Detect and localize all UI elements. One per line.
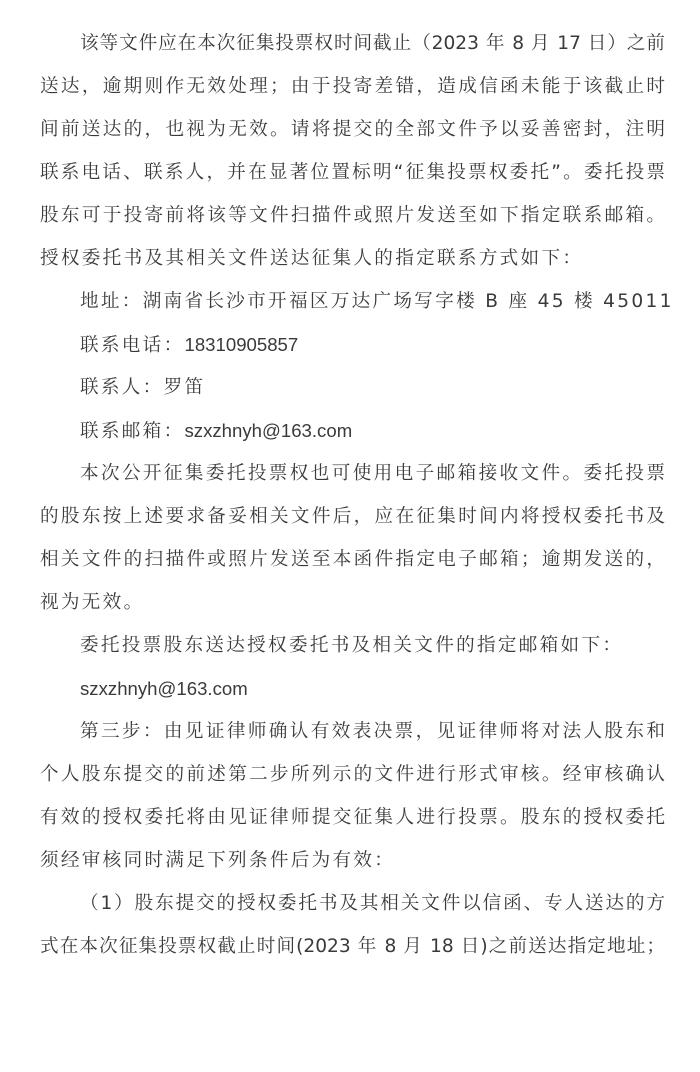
condition-item-1: （1）股东提交的授权委托书及其相关文件以信函、专人送达的方 (40, 882, 665, 925)
contact-address: 地址：湖南省长沙市开福区万达广场写字楼 B 座 45 楼 45011 (40, 280, 665, 323)
person-label: 联系人： (80, 377, 164, 398)
document-page: 该等文件应在本次征集投票权时间截止（2023 年 8 月 17 日）之前 送达，… (40, 22, 665, 968)
phone-value: 18310905857 (184, 334, 298, 355)
designated-email: szxzhnyh@163.com (40, 667, 665, 710)
paragraph-line: 委托投票股东送达授权委托书及相关文件的指定邮箱如下： (40, 624, 665, 667)
paragraph-line: 送达，逾期则作无效处理；由于投寄差错，造成信函未能于该截止时 (40, 65, 665, 108)
email-label: 联系邮箱： (80, 421, 184, 442)
paragraph-line: 联系电话、联系人，并在显著位置标明“征集投票权委托”。委托投票 (40, 151, 665, 194)
paragraph-line: 第三步：由见证律师确认有效表决票，见证律师将对法人股东和 (40, 710, 665, 753)
contact-phone: 联系电话：18310905857 (40, 323, 665, 366)
email-value: szxzhnyh@163.com (184, 420, 352, 441)
phone-label: 联系电话： (80, 335, 184, 356)
paragraph-line: 本次公开征集委托投票权也可使用电子邮箱接收文件。委托投票 (40, 452, 665, 495)
contact-person: 联系人：罗笛 (40, 366, 665, 409)
paragraph-line: 式在本次征集投票权截止时间(2023 年 8 月 18 日)之前送达指定地址； (40, 925, 665, 968)
paragraph-line: 有效的授权委托将由见证律师提交征集人进行投票。股东的授权委托 (40, 796, 665, 839)
contact-email: 联系邮箱：szxzhnyh@163.com (40, 409, 665, 452)
paragraph-line: 授权委托书及其相关文件送达征集人的指定联系方式如下： (40, 237, 665, 280)
paragraph-line: 的股东按上述要求备妥相关文件后，应在征集时间内将授权委托书及 (40, 495, 665, 538)
paragraph-line: 股东可于投寄前将该等文件扫描件或照片发送至如下指定联系邮箱。 (40, 194, 665, 237)
address-label: 地址： (80, 291, 143, 312)
paragraph-line: 视为无效。 (40, 581, 665, 624)
paragraph-line: 间前送达的，也视为无效。请将提交的全部文件予以妥善密封，注明 (40, 108, 665, 151)
person-value: 罗笛 (164, 377, 206, 398)
paragraph-line: 须经审核同时满足下列条件后为有效： (40, 839, 665, 882)
paragraph-line: 相关文件的扫描件或照片发送至本函件指定电子邮箱；逾期发送的， (40, 538, 665, 581)
paragraph-line: 该等文件应在本次征集投票权时间截止（2023 年 8 月 17 日）之前 (40, 22, 665, 65)
address-value: 湖南省长沙市开福区万达广场写字楼 B 座 45 楼 45011 (143, 291, 674, 312)
paragraph-line: 个人股东提交的前述第二步所列示的文件进行形式审核。经审核确认 (40, 753, 665, 796)
